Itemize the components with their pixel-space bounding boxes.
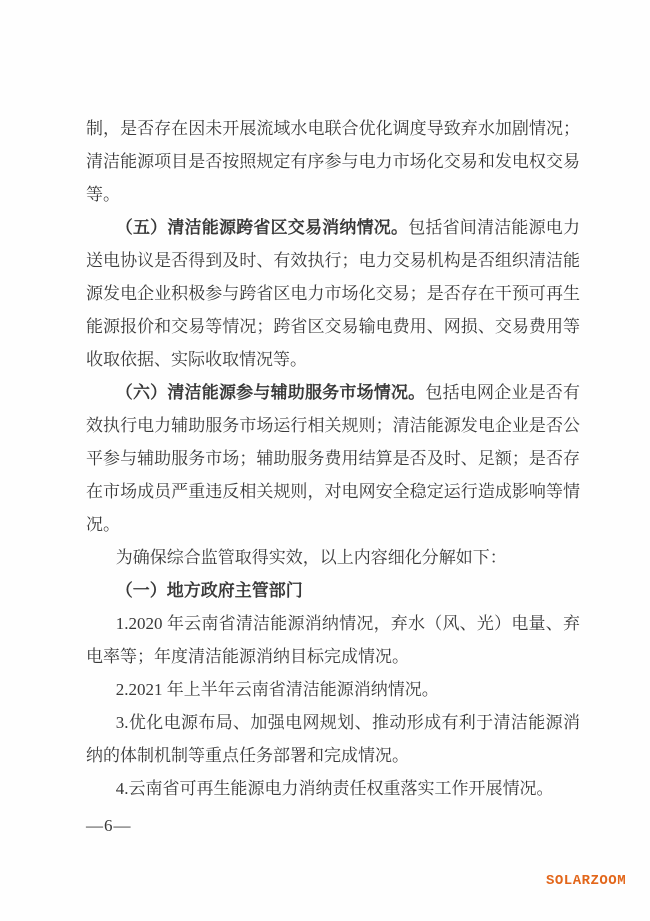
paragraph-text: 4.云南省可再生能源电力消纳责任权重落实工作开展情况。 [116, 779, 554, 798]
paragraph: 1.2020 年云南省清洁能源消纳情况，弃水（风、光）电量、弃电率等；年度清洁能… [86, 607, 580, 673]
paragraph: 4.云南省可再生能源电力消纳责任权重落实工作开展情况。 [86, 772, 580, 805]
paragraph-text: 包括电网企业是否有效执行电力辅助服务市场运行相关规则；清洁能源发电企业是否公平参… [86, 383, 580, 534]
paragraph-text: 1.2020 年云南省清洁能源消纳情况，弃水（风、光）电量、弃电率等；年度清洁能… [86, 614, 580, 666]
paragraph: 3.优化电源布局、加强电网规划、推动形成有利于清洁能源消纳的体制机制等重点任务部… [86, 706, 580, 772]
watermark-solarzoom: SOLARZOOM [546, 873, 626, 889]
paragraph-text: 包括省间清洁能源电力送电协议是否得到及时、有效执行；电力交易机构是否组织清洁能源… [86, 218, 580, 369]
paragraph-text: 3.优化电源布局、加强电网规划、推动形成有利于清洁能源消纳的体制机制等重点任务部… [86, 713, 580, 765]
paragraph: 2.2021 年上半年云南省清洁能源消纳情况。 [86, 673, 580, 706]
paragraph-text: 2.2021 年上半年云南省清洁能源消纳情况。 [116, 680, 439, 699]
document-body: 制，是否存在因未开展流域水电联合优化调度导致弃水加剧情况；清洁能源项目是否按照规… [86, 112, 580, 805]
paragraph-text: 制，是否存在因未开展流域水电联合优化调度导致弃水加剧情况；清洁能源项目是否按照规… [86, 119, 580, 204]
document-page: 制，是否存在因未开展流域水电联合优化调度导致弃水加剧情况；清洁能源项目是否按照规… [0, 0, 650, 921]
paragraph-section-heading: （一）地方政府主管部门 [86, 574, 580, 607]
paragraph: （六）清洁能源参与辅助服务市场情况。包括电网企业是否有效执行电力辅助服务市场运行… [86, 376, 580, 541]
paragraph-lead: （一）地方政府主管部门 [116, 581, 303, 600]
paragraph: 为确保综合监管取得实效，以上内容细化分解如下： [86, 541, 580, 574]
paragraph: 制，是否存在因未开展流域水电联合优化调度导致弃水加剧情况；清洁能源项目是否按照规… [86, 112, 580, 211]
paragraph-lead: （六）清洁能源参与辅助服务市场情况。 [116, 383, 426, 402]
paragraph-text: 为确保综合监管取得实效，以上内容细化分解如下： [116, 548, 507, 567]
paragraph-lead: （五）清洁能源跨省区交易消纳情况。 [116, 218, 408, 237]
paragraph: （五）清洁能源跨省区交易消纳情况。包括省间清洁能源电力送电协议是否得到及时、有效… [86, 211, 580, 376]
page-number: —6— [86, 816, 132, 836]
